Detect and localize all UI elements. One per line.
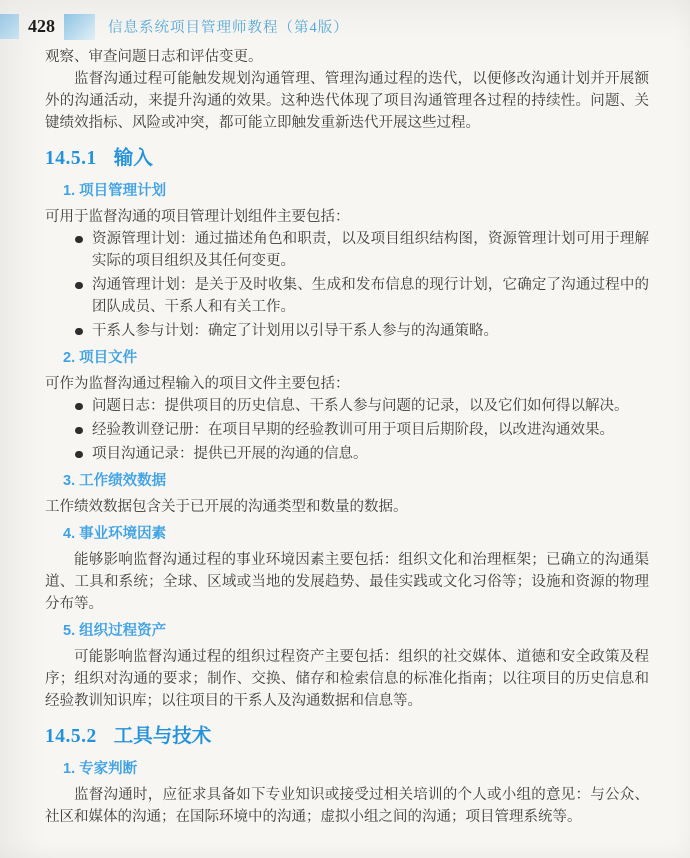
bullet-text: 项目沟通记录：提供已开展的沟通的信息。 bbox=[92, 446, 368, 462]
bullet-item: 干系人参与计划：确定了计划用以引导干系人参与的沟通策略。 bbox=[75, 320, 649, 342]
section-title: 输入 bbox=[114, 148, 153, 169]
page-content: 观察、审查问题日志和评估变更。 监督沟通过程可能触发规划沟通管理、管理沟通过程的… bbox=[45, 46, 649, 828]
carryover-line: 观察、审查问题日志和评估变更。 bbox=[45, 46, 649, 68]
body-paragraph: 监督沟通时，应征求具备如下专业知识或接受过相关培训的个人或小组的意见：与公众、社… bbox=[45, 784, 649, 828]
section-heading-14-5-1: 14.5.1输入 bbox=[45, 146, 649, 172]
bullet-text: 干系人参与计划：确定了计划用以引导干系人参与的沟通策略。 bbox=[92, 323, 498, 339]
bullet-text: 沟通管理计划：是关于及时收集、生成和发布信息的现行计划，它确定了沟通过程中的团队… bbox=[92, 277, 649, 315]
subsection-heading-work-performance-data: 3. 工作绩效数据 bbox=[63, 472, 649, 491]
subsection-heading-project-management-plan: 1. 项目管理计划 bbox=[63, 182, 649, 201]
lead-line: 可用于监督沟通的项目管理计划组件主要包括： bbox=[45, 206, 649, 228]
bullet-icon bbox=[75, 403, 83, 411]
intro-paragraph: 监督沟通过程可能触发规划沟通管理、管理沟通过程的迭代，以便修改沟通计划并开展额外… bbox=[45, 68, 649, 134]
book-title: 信息系统项目管理师教程（第4版） bbox=[108, 16, 349, 37]
bullet-icon bbox=[75, 451, 83, 459]
section-number: 14.5.1 bbox=[45, 148, 97, 169]
bullet-item: 项目沟通记录：提供已开展的沟通的信息。 bbox=[75, 443, 649, 465]
header-edge-block-icon bbox=[0, 14, 19, 39]
bullet-list: 资源管理计划：通过描述角色和职责，以及项目组织结构图，资源管理计划可用于理解实际… bbox=[45, 228, 649, 342]
bullet-item: 经验教训登记册：在项目早期的经验教训可用于项目后期阶段，以改进沟通效果。 bbox=[75, 419, 649, 441]
bullet-list: 问题日志：提供项目的历史信息、干系人参与问题的记录，以及它们如何得以解决。 经验… bbox=[45, 395, 649, 465]
body-paragraph: 工作绩效数据包含关于已开展的沟通类型和数量的数据。 bbox=[45, 496, 649, 518]
section-heading-14-5-2: 14.5.2工具与技术 bbox=[45, 724, 649, 750]
section-title: 工具与技术 bbox=[114, 726, 212, 747]
body-paragraph: 可能影响监督沟通过程的组织过程资产主要包括：组织的社交媒体、道德和安全政策及程序… bbox=[45, 646, 649, 712]
bullet-icon bbox=[75, 236, 83, 244]
lead-line: 可作为监督沟通过程输入的项目文件主要包括： bbox=[45, 373, 649, 395]
page-header: 428 信息系统项目管理师教程（第4版） bbox=[0, 13, 690, 40]
bullet-item: 资源管理计划：通过描述角色和职责，以及项目组织结构图，资源管理计划可用于理解实际… bbox=[75, 228, 649, 272]
bullet-text: 经验教训登记册：在项目早期的经验教训可用于项目后期阶段，以改进沟通效果。 bbox=[92, 422, 614, 438]
bullet-item: 沟通管理计划：是关于及时收集、生成和发布信息的现行计划，它确定了沟通过程中的团队… bbox=[75, 274, 649, 318]
subsection-heading-organizational-process-assets: 5. 组织过程资产 bbox=[63, 622, 649, 641]
subsection-heading-project-documents: 2. 项目文件 bbox=[63, 349, 649, 368]
bullet-item: 问题日志：提供项目的历史信息、干系人参与问题的记录，以及它们如何得以解决。 bbox=[75, 395, 649, 417]
bullet-icon bbox=[75, 282, 83, 290]
page-number: 428 bbox=[28, 16, 55, 37]
subsection-heading-enterprise-environmental-factors: 4. 事业环境因素 bbox=[63, 525, 649, 544]
bullet-icon bbox=[75, 328, 83, 336]
section-number: 14.5.2 bbox=[45, 726, 97, 747]
book-page: 428 信息系统项目管理师教程（第4版） 观察、审查问题日志和评估变更。 监督沟… bbox=[0, 0, 690, 858]
header-accent-block-icon bbox=[64, 14, 95, 40]
bullet-text: 资源管理计划：通过描述角色和职责，以及项目组织结构图，资源管理计划可用于理解实际… bbox=[92, 231, 649, 269]
subsection-heading-expert-judgment: 1. 专家判断 bbox=[63, 760, 649, 779]
body-paragraph: 能够影响监督沟通过程的事业环境因素主要包括：组织文化和治理框架；已确立的沟通渠道… bbox=[45, 549, 649, 615]
bullet-icon bbox=[75, 427, 83, 435]
bullet-text: 问题日志：提供项目的历史信息、干系人参与问题的记录，以及它们如何得以解决。 bbox=[92, 398, 629, 414]
